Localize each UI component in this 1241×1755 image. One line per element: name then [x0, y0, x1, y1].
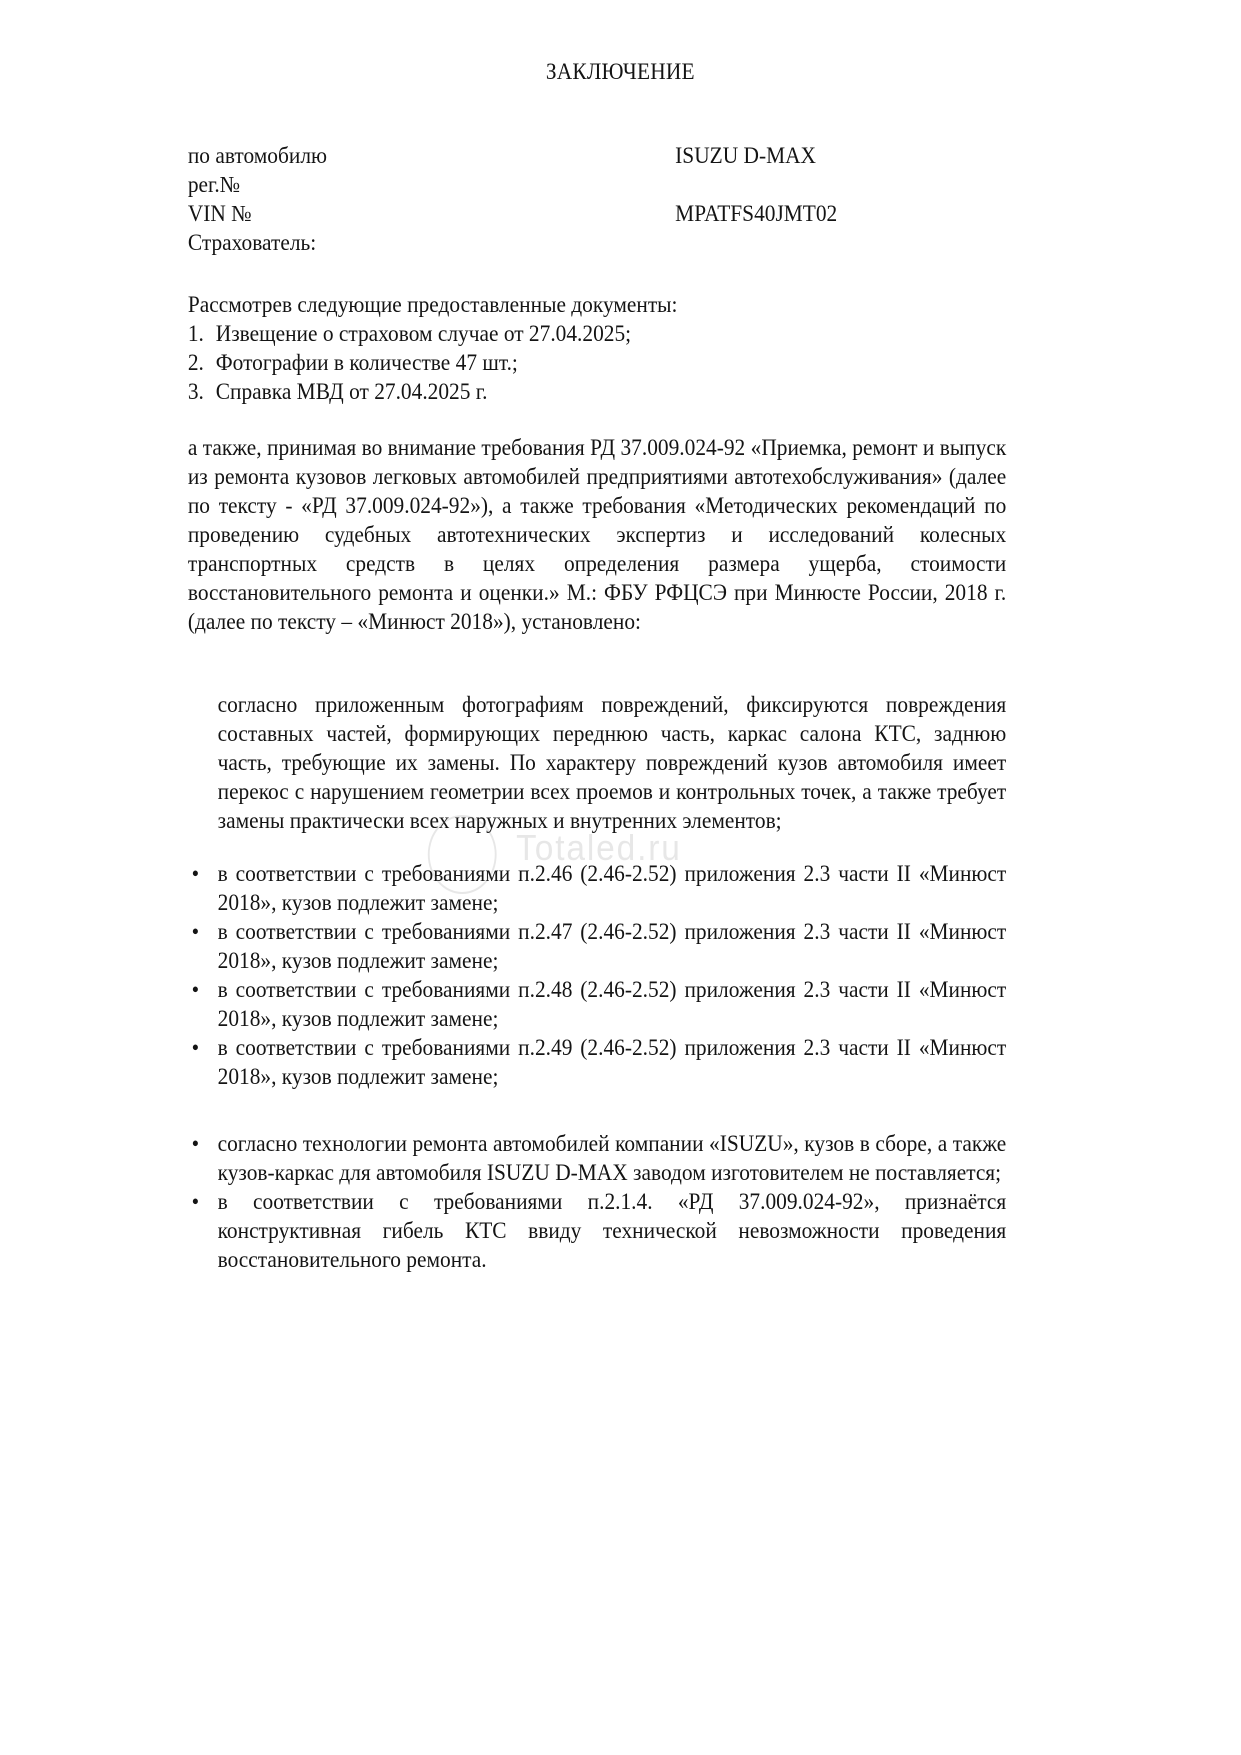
list-item: 1.Извещение о страховом случае от 27.04.… — [188, 319, 1006, 348]
documents-section: Рассмотрев следующие предоставленные док… — [188, 290, 1006, 406]
info-label: по автомобилю — [188, 141, 327, 170]
list-item: 3.Справка МВД от 27.04.2025 г. — [188, 377, 1006, 406]
list-item: •согласно технологии ремонта автомобилей… — [188, 1129, 1006, 1187]
bullet-list-requirements: •в соответствии с требованиями п.2.46 (2… — [188, 859, 1006, 1091]
bullet-list-conclusion: •согласно технологии ремонта автомобилей… — [188, 1129, 1006, 1274]
page-title: ЗАКЛЮЧЕНИЕ — [0, 57, 1241, 86]
watermark-text: Totaled.ru — [516, 833, 682, 862]
bullet-icon: • — [192, 917, 199, 946]
info-value: ISUZU D-MAX — [675, 141, 816, 170]
finding-paragraph: согласно приложенным фотографиям поврежд… — [218, 690, 1007, 835]
documents-list: 1.Извещение о страховом случае от 27.04.… — [188, 319, 1006, 406]
document-page: ЗАКЛЮЧЕНИЕ по автомобилю ISUZU D-MAX рег… — [0, 0, 1154, 1755]
list-item: •в соответствии с требованиями п.2.46 (2… — [188, 859, 1006, 917]
info-label: рег.№ — [188, 170, 240, 199]
info-value: MPATFS40JMT02 — [675, 199, 837, 228]
info-row-vin: VIN № MPATFS40JMT02 — [188, 199, 1025, 228]
list-item: •в соответствии с требованиями п.2.48 (2… — [188, 975, 1006, 1033]
info-row-vehicle: по автомобилю ISUZU D-MAX — [188, 141, 1025, 170]
item-text: согласно технологии ремонта автомобилей … — [218, 1131, 1007, 1185]
main-paragraph: а также, принимая во внимание требования… — [188, 433, 1006, 636]
vehicle-info: по автомобилю ISUZU D-MAX рег.№ VIN № MP… — [188, 141, 1025, 257]
item-text: в соответствии с требованиями п.2.1.4. «… — [218, 1189, 1007, 1272]
item-text: Извещение о страховом случае от 27.04.20… — [216, 321, 631, 346]
info-row-insured: Страхователь: — [188, 228, 1025, 257]
item-number: 3. — [188, 377, 204, 406]
bullet-icon: • — [192, 1129, 199, 1158]
info-label: VIN № — [188, 199, 252, 228]
list-item: •в соответствии с требованиями п.2.47 (2… — [188, 917, 1006, 975]
list-item: 2.Фотографии в количестве 47 шт.; — [188, 348, 1006, 377]
bullet-icon: • — [192, 1187, 199, 1216]
item-text: в соответствии с требованиями п.2.49 (2.… — [218, 1035, 1007, 1089]
item-text: Справка МВД от 27.04.2025 г. — [216, 379, 488, 404]
documents-intro: Рассмотрев следующие предоставленные док… — [188, 290, 1006, 319]
item-number: 2. — [188, 348, 204, 377]
info-label: Страхователь: — [188, 228, 316, 257]
bullet-icon: • — [192, 975, 199, 1004]
item-text: в соответствии с требованиями п.2.46 (2.… — [218, 861, 1007, 915]
list-item: •в соответствии с требованиями п.2.49 (2… — [188, 1033, 1006, 1091]
bullet-icon: • — [192, 859, 199, 888]
bullet-icon: • — [192, 1033, 199, 1062]
item-text: в соответствии с требованиями п.2.47 (2.… — [218, 919, 1007, 973]
list-item: •в соответствии с требованиями п.2.1.4. … — [188, 1187, 1006, 1274]
item-text: в соответствии с требованиями п.2.48 (2.… — [218, 977, 1007, 1031]
item-number: 1. — [188, 319, 204, 348]
item-text: Фотографии в количестве 47 шт.; — [216, 350, 518, 375]
info-row-reg-number: рег.№ — [188, 170, 1025, 199]
